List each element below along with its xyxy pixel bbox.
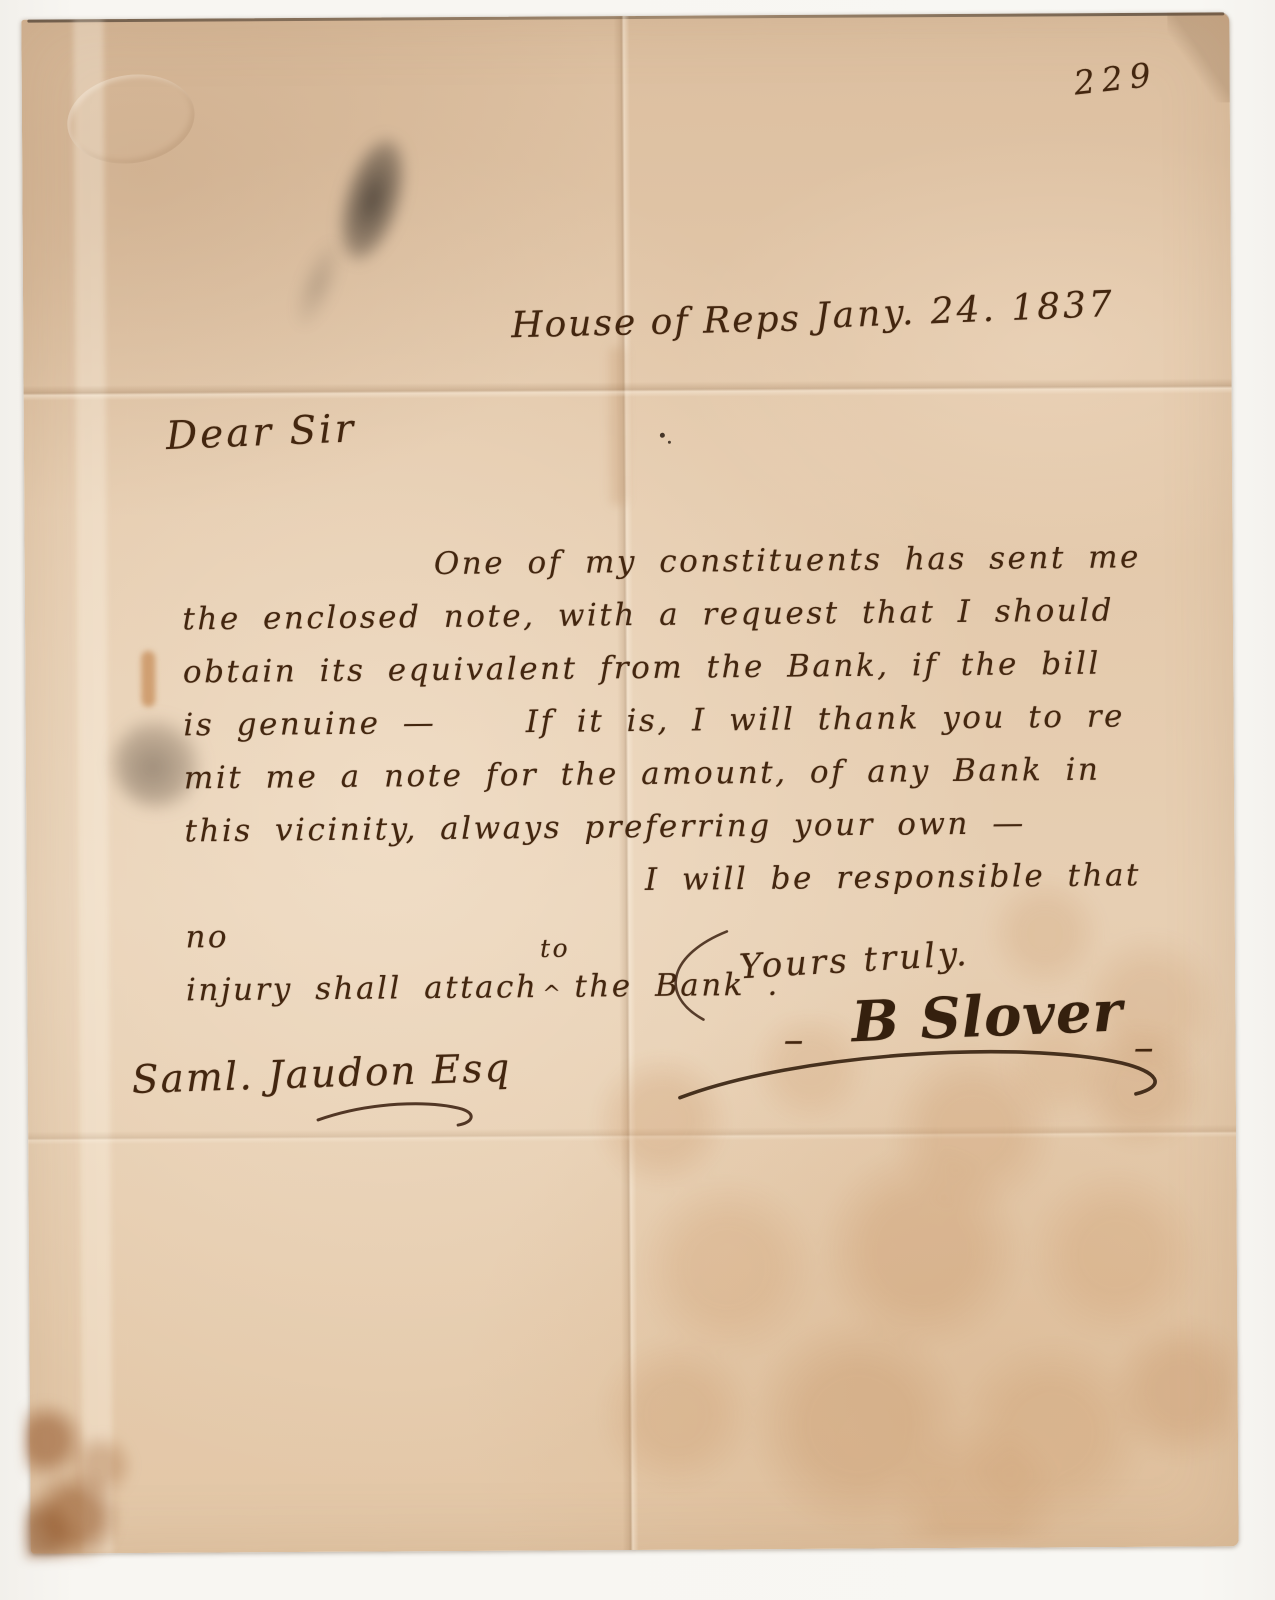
page-number: 229 (1072, 54, 1160, 102)
body-line: is genuine — If it is, I will thank you … (183, 690, 1158, 752)
signature-lead-dash: – (783, 1017, 803, 1063)
body-line: the enclosed note, with a request that I… (182, 584, 1157, 646)
signature: B Slover (850, 978, 1124, 1055)
heading-place: House of Reps (511, 298, 802, 346)
letter-body: One of my constituents has sent me the e… (182, 531, 1162, 1017)
body-line: mit me a note for the amount, of any Ban… (184, 743, 1159, 805)
body-line: One of my constituents has sent me (182, 531, 1157, 593)
body-line: obtain its equivalent from the Bank, if … (183, 637, 1158, 699)
salutation: Dear Sir (165, 406, 357, 459)
scanned-letter-photo: { "photo": { "background_color": "#f8f6f… (0, 0, 1275, 1600)
heading-date: Jany. 24. 1837 (814, 284, 1115, 337)
body-line: this vicinity, always preferring your ow… (184, 796, 1159, 858)
signature-underline-flourish (680, 1051, 1156, 1098)
body-line: I will be responsible that no (185, 849, 1161, 964)
insertion-caret: ^ (542, 968, 563, 1021)
handwriting-layer: 229 House of Reps Jany. 24. 1837 Dear Si… (21, 12, 1238, 1553)
interlinear-insertion: to^ (538, 966, 574, 997)
letter-paper: 229 House of Reps Jany. 24. 1837 Dear Si… (21, 12, 1238, 1553)
addressee-underline-flourish (318, 1103, 471, 1125)
addressee-name: Saml. Jaudon Esq (131, 1046, 512, 1103)
signature-trail-dash: – (1133, 1025, 1153, 1071)
body-last-line-pre: injury shall attach (186, 969, 539, 1008)
